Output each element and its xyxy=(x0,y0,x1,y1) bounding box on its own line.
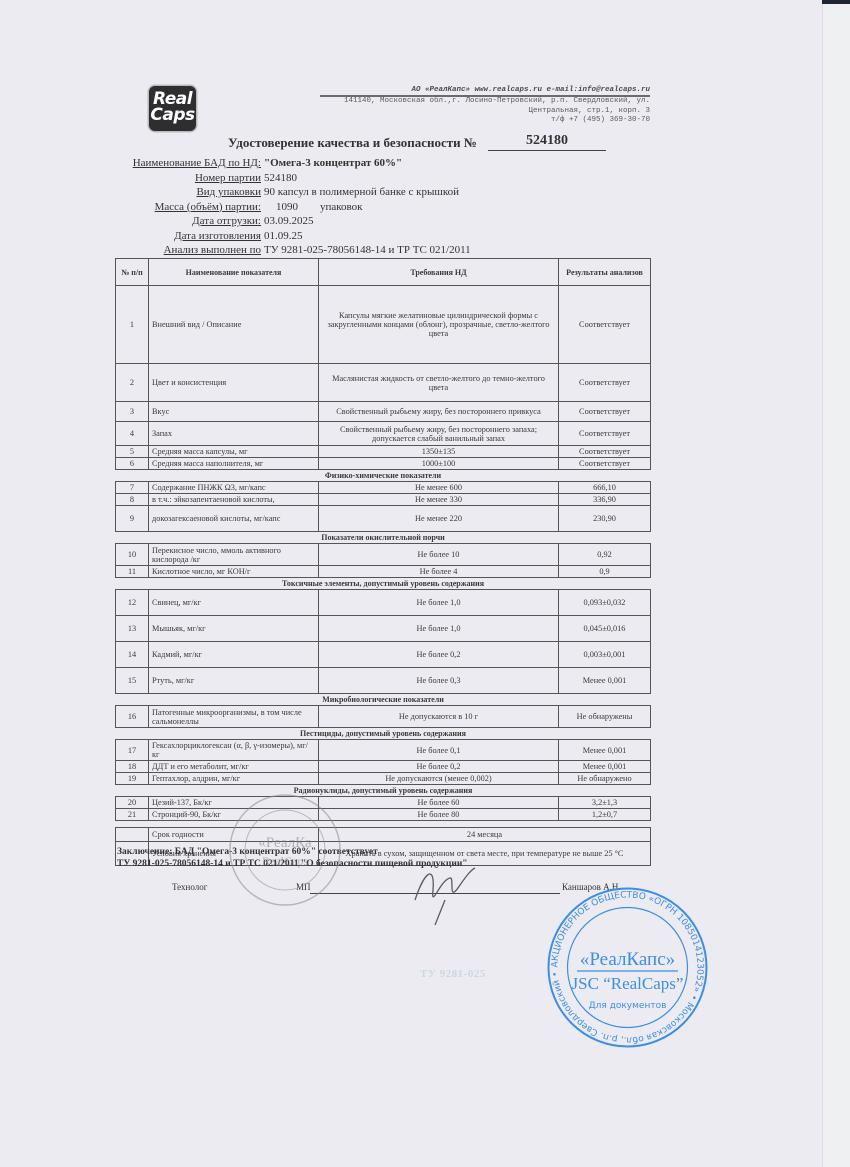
requirement: Не более 60 xyxy=(319,797,559,809)
table-row: 13Мышьяк, мг/кгНе более 1,00,045±0,016 xyxy=(116,616,651,642)
section-title: Радионуклиды, допустимый уровень содержа… xyxy=(116,785,651,797)
section-title: Показатели окислительной порчи xyxy=(116,532,651,544)
table-row: 5Средняя масса капсулы, мг1350±135Соотве… xyxy=(116,446,651,458)
label: Дата изготовления xyxy=(120,229,264,244)
svg-text:«РеалКапс»: «РеалКапс» xyxy=(580,949,675,970)
label: Анализ выполнен по xyxy=(120,243,264,258)
section-title: Микробиологические показатели xyxy=(116,694,651,706)
requirement: Маслянистая жидкость от светло-желтого д… xyxy=(319,364,559,402)
phone-line: т/ф +7 (495) 369-30-70 xyxy=(300,116,650,126)
row-number: 1 xyxy=(116,286,149,364)
section-header: Пестициды, допустимый уровень содержания xyxy=(116,728,651,740)
table-row: 12Свинец, мг/кгНе более 1,00,093±0,032 xyxy=(116,590,651,616)
indicator-name: Запах xyxy=(149,422,319,446)
letterhead-address: 141140, Московская обл.,г. Лосино-Петров… xyxy=(300,97,650,126)
indicator-name: Вкус xyxy=(149,402,319,422)
scan-page-edge xyxy=(822,0,850,1167)
result: Соответствует xyxy=(559,446,651,458)
indicator-name: Внешний вид / Описание xyxy=(149,286,319,364)
certificate-number: 524180 xyxy=(488,133,606,151)
row-number: 17 xyxy=(116,740,149,761)
indicator-name: Ртуть, мг/кг xyxy=(149,668,319,694)
company-stamp-icon: АКЦИОНЕРНОЕ ОБЩЕСТВО «ОГРН 1085014123052… xyxy=(545,885,710,1050)
result: 0,92 xyxy=(559,544,651,566)
requirement: Не более 0,3 xyxy=(319,668,559,694)
faded-company-stamp-icon: «РеалКа RealCaps xyxy=(225,785,345,915)
table-row: 1Внешний вид / ОписаниеКапсулы мягкие же… xyxy=(116,286,651,364)
indicator-name: Средняя масса капсулы, мг xyxy=(149,446,319,458)
table-row: 20Цезий-137, Бк/кгНе более 603,2±1,3 xyxy=(116,797,651,809)
requirement: Не более 1,0 xyxy=(319,616,559,642)
table-row: 18ДДТ и его метаболит, мг/кгНе более 0,2… xyxy=(116,761,651,773)
row-number: 4 xyxy=(116,422,149,446)
row-number: 8 xyxy=(116,494,149,506)
row-number: 2 xyxy=(116,364,149,402)
result: Соответствует xyxy=(559,402,651,422)
scan-corner xyxy=(822,0,850,4)
indicator-name: Гексахлорциклогексан (α, β, γ-изомеры), … xyxy=(149,740,319,761)
address-line: Центральная, стр.1, корп. 3 xyxy=(300,107,650,117)
requirement: Не более 10 xyxy=(319,544,559,566)
package-type: 90 капсул в полимерной банке с крышкой xyxy=(264,185,459,200)
shelf-life-row: Срок годности24 месяца xyxy=(116,828,651,842)
section-header: Физико-химические показатели xyxy=(116,470,651,482)
indicator-name: докозагексаеновой кислоты, мг/капс xyxy=(149,506,319,532)
table-row: 10Перекисное число, ммоль активного кисл… xyxy=(116,544,651,566)
address-line: 141140, Московская обл.,г. Лосино-Петров… xyxy=(300,97,650,107)
table-spacer xyxy=(116,821,651,828)
row-number: 12 xyxy=(116,590,149,616)
result: 3,2±1,3 xyxy=(559,797,651,809)
section-title: Пестициды, допустимый уровень содержания xyxy=(116,728,651,740)
section-header: Токсичные элементы, допустимый уровень с… xyxy=(116,578,651,590)
logo-line-2: Caps xyxy=(149,107,196,123)
header-requirements: Требования НД xyxy=(319,259,559,286)
row-number: 21 xyxy=(116,809,149,821)
label: Вид упаковки xyxy=(120,185,264,200)
section-header: Показатели окислительной порчи xyxy=(116,532,651,544)
empty-cell xyxy=(116,828,149,842)
table-row: 17Гексахлорциклогексан (α, β, γ-изомеры)… xyxy=(116,740,651,761)
result: Менее 0,001 xyxy=(559,740,651,761)
batch-mass: 1090 xyxy=(276,200,298,215)
section-title: Токсичные элементы, допустимый уровень с… xyxy=(116,578,651,590)
requirement: Не менее 220 xyxy=(319,506,559,532)
row-number: 14 xyxy=(116,642,149,668)
row-number: 9 xyxy=(116,506,149,532)
mass-unit: упаковок xyxy=(320,200,363,215)
requirement: 1000±100 xyxy=(319,458,559,470)
info-product: Наименование БАД по НД:"Омега-3 концентр… xyxy=(120,156,471,171)
indicator-name: Кадмий, мг/кг xyxy=(149,642,319,668)
row-number: 3 xyxy=(116,402,149,422)
result: 1,2±0,7 xyxy=(559,809,651,821)
result: Соответствует xyxy=(559,286,651,364)
row-number: 20 xyxy=(116,797,149,809)
info-mass: Масса (объём) партии:1090упаковок xyxy=(120,200,471,215)
label: Масса (объём) партии: xyxy=(120,200,264,215)
indicator-name: Гептахлор, алдрин, мг/кг xyxy=(149,773,319,785)
table-row: 21Стронций-90, Бк/кгНе более 801,2±0,7 xyxy=(116,809,651,821)
result: Менее 0,001 xyxy=(559,761,651,773)
indicator-name: Кислотное число, мг КОН/г xyxy=(149,566,319,578)
requirement: 1350±135 xyxy=(319,446,559,458)
label: Наименование БАД по НД: xyxy=(120,156,264,171)
table-row: 9докозагексаеновой кислоты, мг/капсНе ме… xyxy=(116,506,651,532)
section-header: Радионуклиды, допустимый уровень содержа… xyxy=(116,785,651,797)
indicator-name: Свинец, мг/кг xyxy=(149,590,319,616)
letterhead-company: АО «РеалКапс» www.realcaps.ru e-mail:inf… xyxy=(320,86,650,94)
row-number: 11 xyxy=(116,566,149,578)
indicator-name: Содержание ПНЖК Ω3, мг/капс xyxy=(149,482,319,494)
result: 336,90 xyxy=(559,494,651,506)
header-results: Результаты анализов xyxy=(559,259,651,286)
result: Соответствует xyxy=(559,364,651,402)
result: Не обнаружено xyxy=(559,773,651,785)
row-number: 7 xyxy=(116,482,149,494)
requirement: Не более 0,2 xyxy=(319,642,559,668)
table-row: 11Кислотное число, мг КОН/гНе более 40,9 xyxy=(116,566,651,578)
manufacture-date: 01.09.25 xyxy=(264,229,303,244)
analysis-standard: ТУ 9281-025-78056148-14 и ТР ТС 021/2011 xyxy=(264,243,471,258)
requirement: Не более 0,2 xyxy=(319,761,559,773)
table-row: 7Содержание ПНЖК Ω3, мг/капсНе менее 600… xyxy=(116,482,651,494)
result: Не обнаружены xyxy=(559,706,651,728)
result: Соответствует xyxy=(559,422,651,446)
table-row: 15Ртуть, мг/кгНе более 0,3Менее 0,001 xyxy=(116,668,651,694)
result: 0,045±0,016 xyxy=(559,616,651,642)
table-row: 19Гептахлор, алдрин, мг/кгНе допускаются… xyxy=(116,773,651,785)
realcaps-logo: Real Caps xyxy=(149,86,196,131)
result: 230,90 xyxy=(559,506,651,532)
row-number: 16 xyxy=(116,706,149,728)
shelf-life-value: 24 месяца xyxy=(319,828,651,842)
indicator-name: ДДТ и его метаболит, мг/кг xyxy=(149,761,319,773)
table-row: 16Патогенные микроорганизмы, в том числе… xyxy=(116,706,651,728)
table-row: 2Цвет и консистенцияМаслянистая жидкость… xyxy=(116,364,651,402)
table-row: 3ВкусСвойственный рыбьему жиру, без пост… xyxy=(116,402,651,422)
indicator-name: Патогенные микроорганизмы, в том числе с… xyxy=(149,706,319,728)
requirement: Свойственный рыбьему жиру, без посторонн… xyxy=(319,402,559,422)
requirement: Свойственный рыбьему жиру, без посторонн… xyxy=(319,422,559,446)
section-header: Микробиологические показатели xyxy=(116,694,651,706)
row-number: 5 xyxy=(116,446,149,458)
result: 0,093±0,032 xyxy=(559,590,651,616)
requirement: Не более 0,1 xyxy=(319,740,559,761)
result: 666,10 xyxy=(559,482,651,494)
table-row: 6Средняя масса наполнителя, мг1000±100Со… xyxy=(116,458,651,470)
row-number: 15 xyxy=(116,668,149,694)
requirement: Не допускаются (менее 0,002) xyxy=(319,773,559,785)
document-title: Удостоверение качества и безопасности № xyxy=(228,135,477,151)
svg-text:Для документов: Для документов xyxy=(589,1001,667,1011)
handwritten-signature-icon xyxy=(405,860,485,930)
result: 0,9 xyxy=(559,566,651,578)
info-package: Вид упаковки90 капсул в полимерной банке… xyxy=(120,185,471,200)
product-info: Наименование БАД по НД:"Омега-3 концентр… xyxy=(120,156,471,258)
result: Соответствует xyxy=(559,458,651,470)
info-batch: Номер партии524180 xyxy=(120,171,471,186)
indicator-name: Цвет и консистенция xyxy=(149,364,319,402)
requirement: Не менее 600 xyxy=(319,482,559,494)
indicator-name: Мышьяк, мг/кг xyxy=(149,616,319,642)
ship-date: 03.09.2025 xyxy=(264,214,314,229)
product-name: "Омега-3 концентрат 60%" xyxy=(264,156,402,171)
indicator-name: в т.ч.: эйкозапентаеновой кислоты, xyxy=(149,494,319,506)
svg-text:RealCaps: RealCaps xyxy=(262,854,308,868)
indicator-name: Средняя масса наполнителя, мг xyxy=(149,458,319,470)
info-analysis: Анализ выполнен поТУ 9281-025-78056148-1… xyxy=(120,243,471,258)
indicator-name: Перекисное число, ммоль активного кислор… xyxy=(149,544,319,566)
label: Номер партии xyxy=(120,171,264,186)
requirement: Не допускаются в 10 г xyxy=(319,706,559,728)
table-row: 4ЗапахСвойственный рыбьему жиру, без пос… xyxy=(116,422,651,446)
label: Дата отгрузки: xyxy=(120,214,264,229)
section-title: Физико-химические показатели xyxy=(116,470,651,482)
requirement: Не более 1,0 xyxy=(319,590,559,616)
batch-number: 524180 xyxy=(264,171,297,186)
table-header: № п/п Наименование показателя Требования… xyxy=(116,259,651,286)
result: Менее 0,001 xyxy=(559,668,651,694)
requirement: Не более 80 xyxy=(319,809,559,821)
result: 0,003±0,001 xyxy=(559,642,651,668)
requirement: Не менее 330 xyxy=(319,494,559,506)
table-row: 8в т.ч.: эйкозапентаеновой кислоты,Не ме… xyxy=(116,494,651,506)
row-number: 13 xyxy=(116,616,149,642)
row-number: 19 xyxy=(116,773,149,785)
requirement: Капсулы мягкие желатиновые цилиндрическо… xyxy=(319,286,559,364)
row-number: 10 xyxy=(116,544,149,566)
analysis-table: № п/п Наименование показателя Требования… xyxy=(115,258,651,866)
info-ship-date: Дата отгрузки:03.09.2025 xyxy=(120,214,471,229)
table-row: 14Кадмий, мг/кгНе более 0,20,003±0,001 xyxy=(116,642,651,668)
svg-text:JSC “RealCaps”: JSC “RealCaps” xyxy=(572,974,684,993)
info-made-date: Дата изготовления01.09.25 xyxy=(120,229,471,244)
header-indicator: Наименование показателя xyxy=(149,259,319,286)
bleed-through-text: ТУ 9281-025 xyxy=(420,968,486,980)
requirement: Не более 4 xyxy=(319,566,559,578)
row-number: 18 xyxy=(116,761,149,773)
signer-role: Технолог xyxy=(172,882,207,892)
header-number: № п/п xyxy=(116,259,149,286)
svg-text:«РеалКа: «РеалКа xyxy=(258,835,312,851)
row-number: 6 xyxy=(116,458,149,470)
